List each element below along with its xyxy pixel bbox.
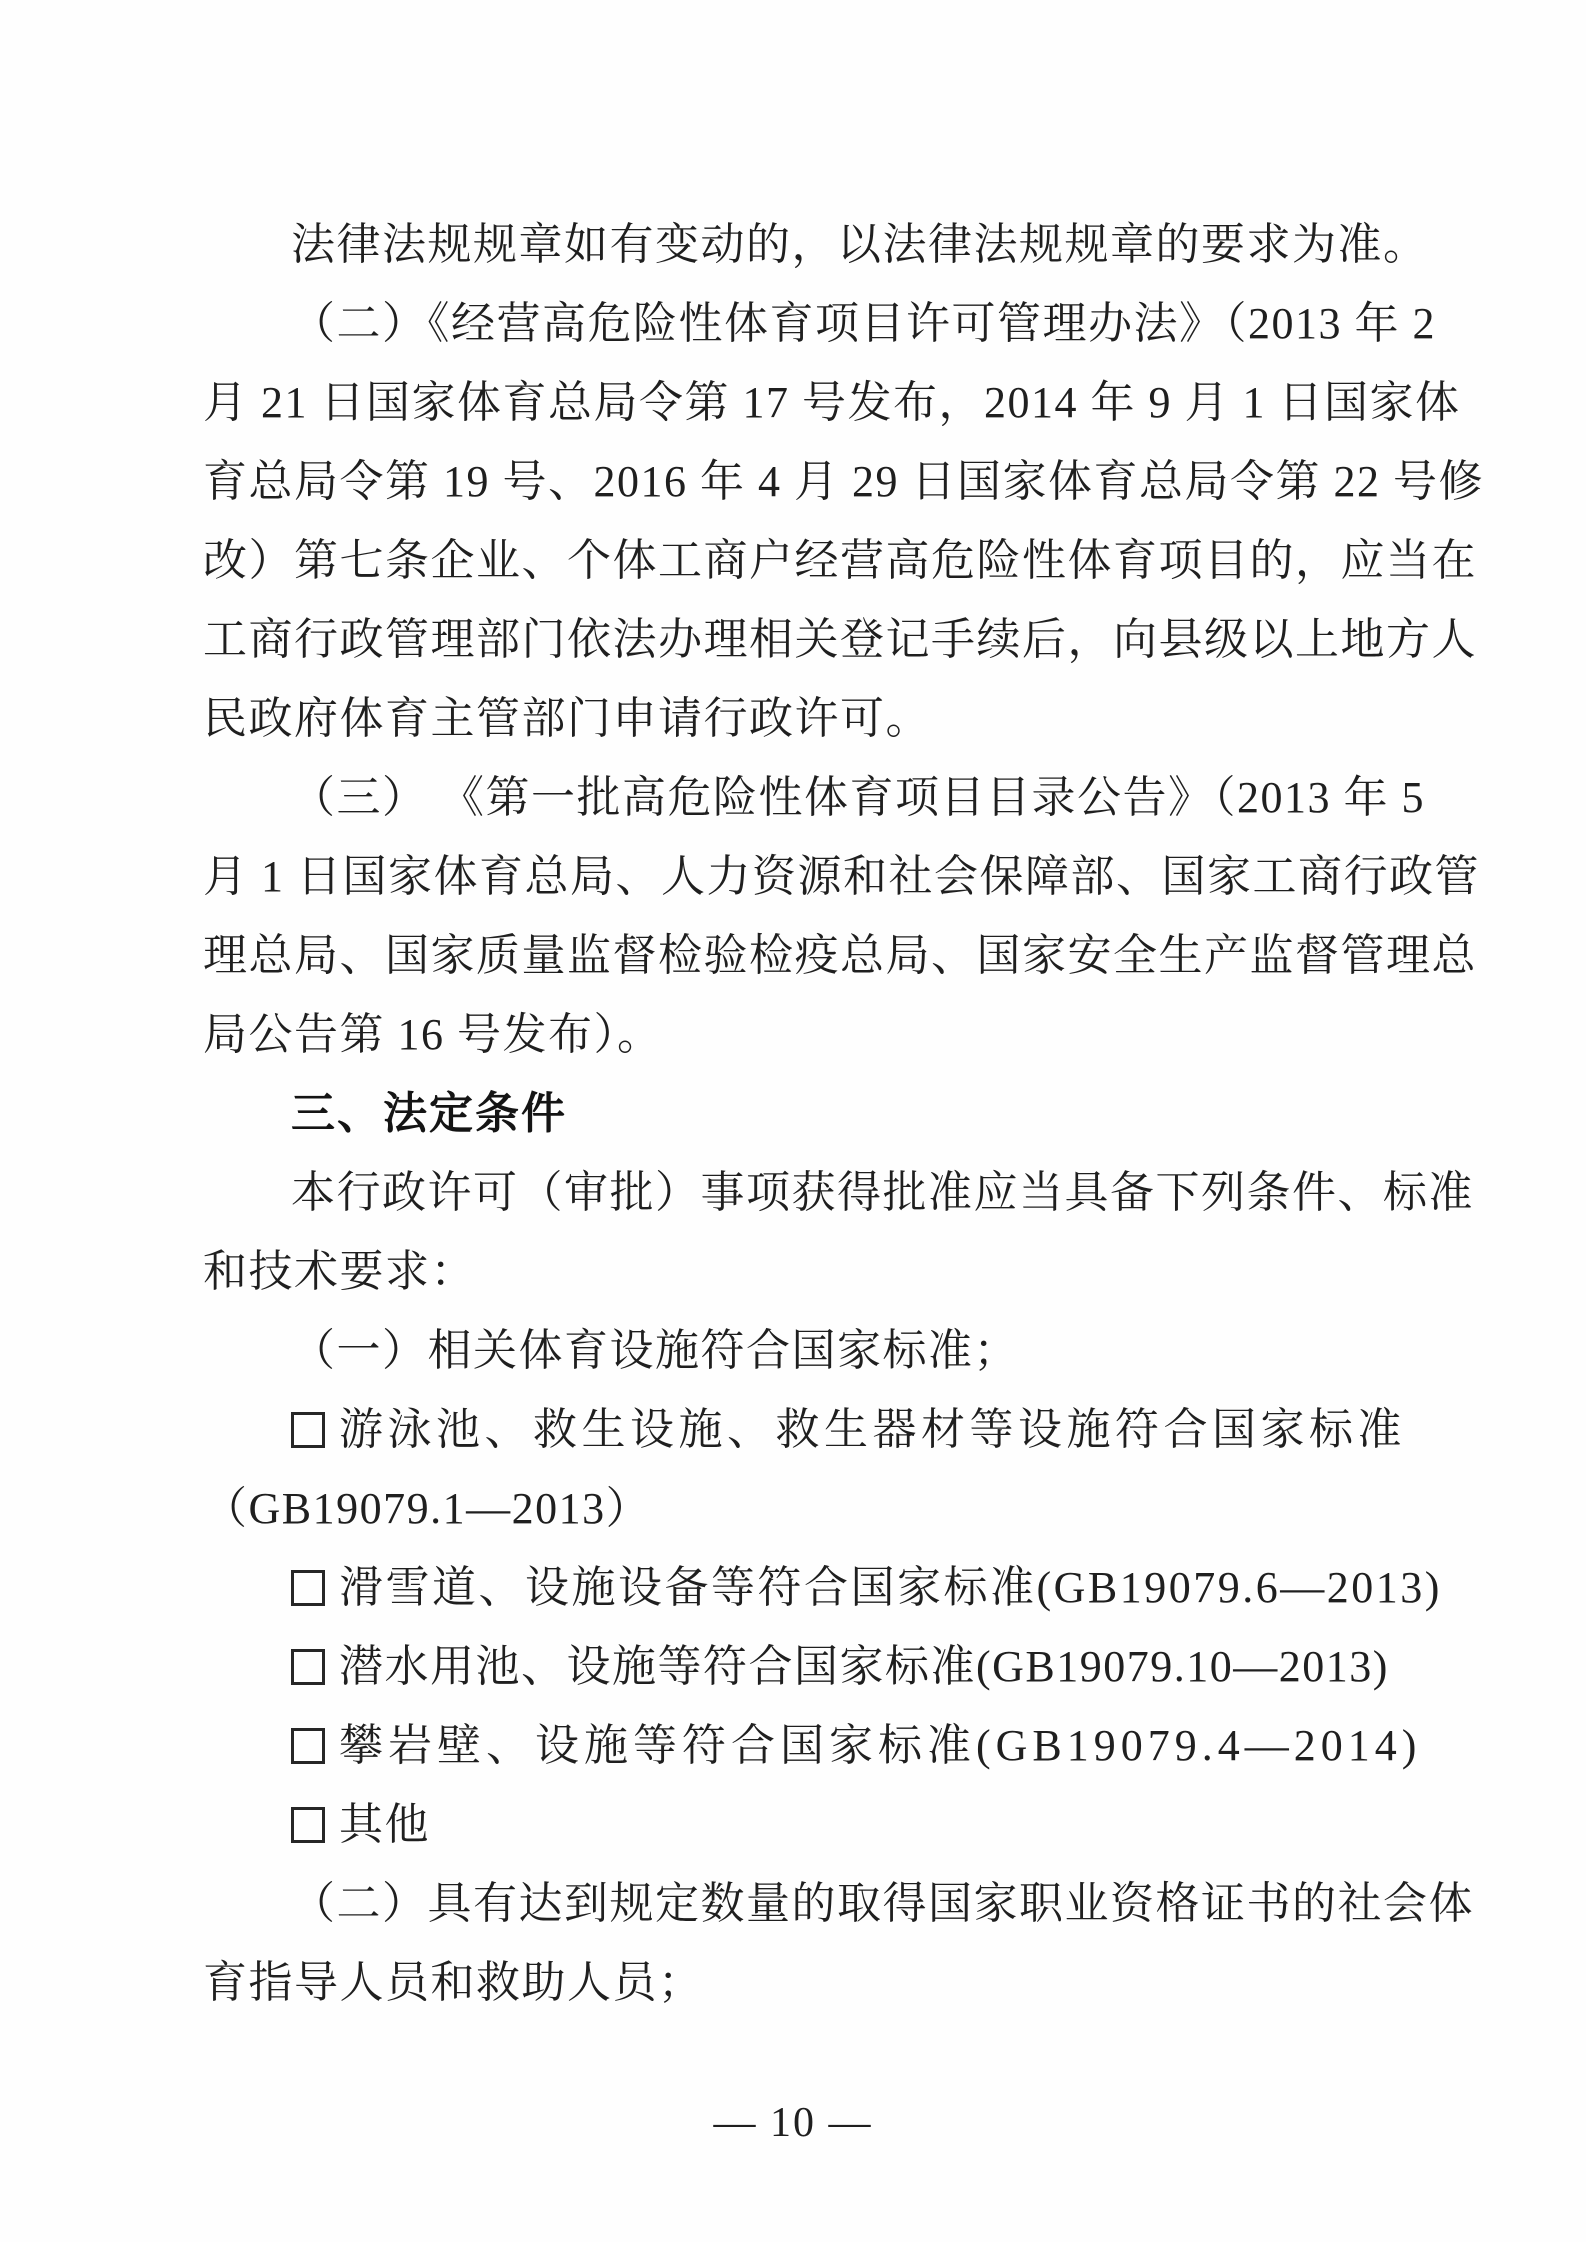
checkbox-label: 潜水用池、设施等符合国家标准(GB19079.10—2013) xyxy=(339,1642,1389,1691)
checkbox-icon xyxy=(291,1649,325,1685)
paragraph-line: 理总局、国家质量监督检验检疫总局、国家安全生产监督管理总 xyxy=(203,916,1493,995)
standard-number-line: （GB19079.1—2013） xyxy=(203,1469,1493,1548)
requirement-checkbox-line-ski-slope: 滑雪道、设施设备等符合国家标准(GB19079.6—2013) xyxy=(203,1548,1493,1627)
paragraph-line: 局公告第 16 号发布）。 xyxy=(203,995,1493,1074)
paragraph-line: 和技术要求： xyxy=(203,1232,1493,1311)
requirement-checkbox-line-swimming-pool: 游泳池、救生设施、救生器材等设施符合国家标准 xyxy=(203,1390,1493,1469)
checkbox-icon xyxy=(291,1728,325,1764)
checkbox-label: 滑雪道、设施设备等符合国家标准(GB19079.6—2013) xyxy=(339,1563,1442,1612)
paragraph-line: 本行政许可（审批）事项获得批准应当具备下列条件、标准 xyxy=(203,1153,1493,1232)
paragraph-line: 育指导人员和救助人员； xyxy=(203,1943,1493,2022)
condition-item-1-line: （一）相关体育设施符合国家标准； xyxy=(203,1311,1493,1390)
paragraph-line-item-2-start: （二）《经营高危险性体育项目许可管理办法》（2013 年 2 xyxy=(203,284,1493,363)
requirement-checkbox-line-diving-pool: 潜水用池、设施等符合国家标准(GB19079.10—2013) xyxy=(203,1627,1493,1706)
requirement-checkbox-line-climbing-wall: 攀岩壁、设施等符合国家标准(GB19079.4—2014) xyxy=(203,1706,1493,1785)
checkbox-icon xyxy=(291,1412,325,1448)
paragraph-line: 月 1 日国家体育总局、人力资源和社会保障部、国家工商行政管 xyxy=(203,837,1493,916)
paragraph-line: 月 21 日国家体育总局令第 17 号发布，2014 年 9 月 1 日国家体 xyxy=(203,363,1493,442)
paragraph-line: 法律法规规章如有变动的，以法律法规规章的要求为准。 xyxy=(203,205,1493,284)
checkbox-label: 其他 xyxy=(339,1800,430,1849)
paragraph-line: 改）第七条企业、个体工商户经营高危险性体育项目的，应当在 xyxy=(203,521,1493,600)
page-number: — 10 — xyxy=(0,2093,1586,2153)
checkbox-label: 游泳池、救生设施、救生器材等设施符合国家标准 xyxy=(339,1405,1406,1454)
condition-item-2-line: （二）具有达到规定数量的取得国家职业资格证书的社会体 xyxy=(203,1864,1493,1943)
section-heading-legal-conditions: 三、法定条件 xyxy=(203,1074,1493,1153)
paragraph-line: 育总局令第 19 号、2016 年 4 月 29 日国家体育总局令第 22 号修 xyxy=(203,442,1493,521)
checkbox-label: 攀岩壁、设施等符合国家标准(GB19079.4—2014) xyxy=(339,1721,1421,1770)
scanned-document-page: 法律法规规章如有变动的，以法律法规规章的要求为准。 （二）《经营高危险性体育项目… xyxy=(0,0,1586,2242)
checkbox-icon xyxy=(291,1570,325,1606)
paragraph-line: 民政府体育主管部门申请行政许可。 xyxy=(203,679,1493,758)
requirement-checkbox-line-other: 其他 xyxy=(203,1785,1493,1864)
document-body: 法律法规规章如有变动的，以法律法规规章的要求为准。 （二）《经营高危险性体育项目… xyxy=(203,205,1493,2022)
paragraph-line-item-3-start: （三） 《第一批高危险性体育项目目录公告》（2013 年 5 xyxy=(203,758,1493,837)
checkbox-icon xyxy=(291,1807,325,1843)
paragraph-line: 工商行政管理部门依法办理相关登记手续后，向县级以上地方人 xyxy=(203,600,1493,679)
